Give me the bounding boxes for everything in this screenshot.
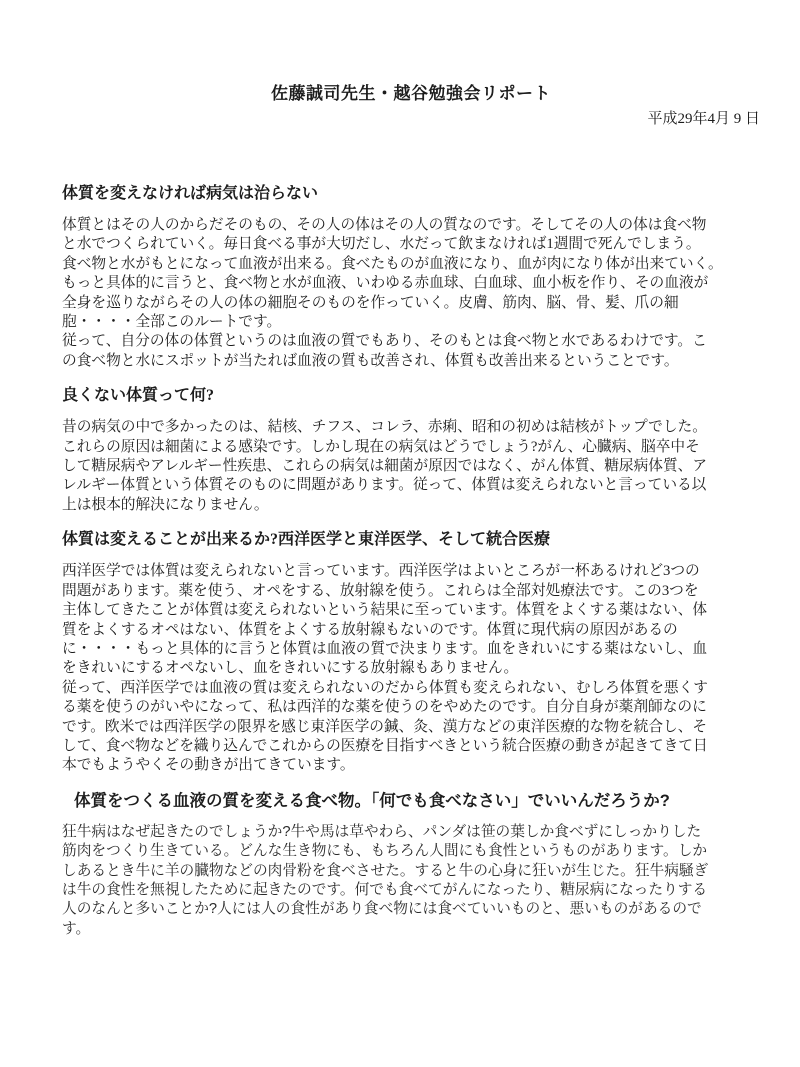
section-body-3: 西洋医学では体質は変えられないと言っています。西洋医学はよいところが一杯あるけれ… [62,562,760,775]
section-body-4: 狂牛病はなぜ起きたのでしょうか?牛や馬は草やわら、パンダは笹の葉しか食べずにしっ… [62,823,760,939]
section-body-constitution: 体質を変えなければ病気は治らない 体質とはその人のからだそのもの、その人の体はそ… [62,184,760,371]
section-western-eastern-medicine: 体質は変えることが出来るか?西洋医学と東洋医学、そして統合医療 西洋医学では体質… [62,530,760,775]
section-heading-3: 体質は変えることが出来るか?西洋医学と東洋医学、そして統合医療 [62,530,760,550]
section-body-2: 昔の病気の中で多かったのは、結核、チフス、コレラ、赤痢、昭和の初めは結核がトップ… [62,418,760,515]
document-page: 佐藤誠司先生・越谷勉強会リポート 平成29年4月 9 日 体質を変えなければ病気… [0,0,800,1067]
section-heading-4: 体質をつくる血液の質を変える食べ物。「何でも食べなさい」でいいんだろうか? [62,791,760,811]
document-date: 平成29年4月 9 日 [62,110,760,129]
section-bad-constitution: 良くない体質って何? 昔の病気の中で多かったのは、結核、チフス、コレラ、赤痢、昭… [62,386,760,515]
section-food-blood-quality: 体質をつくる血液の質を変える食べ物。「何でも食べなさい」でいいんだろうか? 狂牛… [62,791,760,939]
section-body-1: 体質とはその人のからだそのもの、その人の体はその人の質なのです。そしてその人の体… [62,216,760,371]
section-heading-2: 良くない体質って何? [62,386,760,406]
section-heading-1: 体質を変えなければ病気は治らない [62,184,760,204]
document-title: 佐藤誠司先生・越谷勉強会リポート [62,84,760,104]
